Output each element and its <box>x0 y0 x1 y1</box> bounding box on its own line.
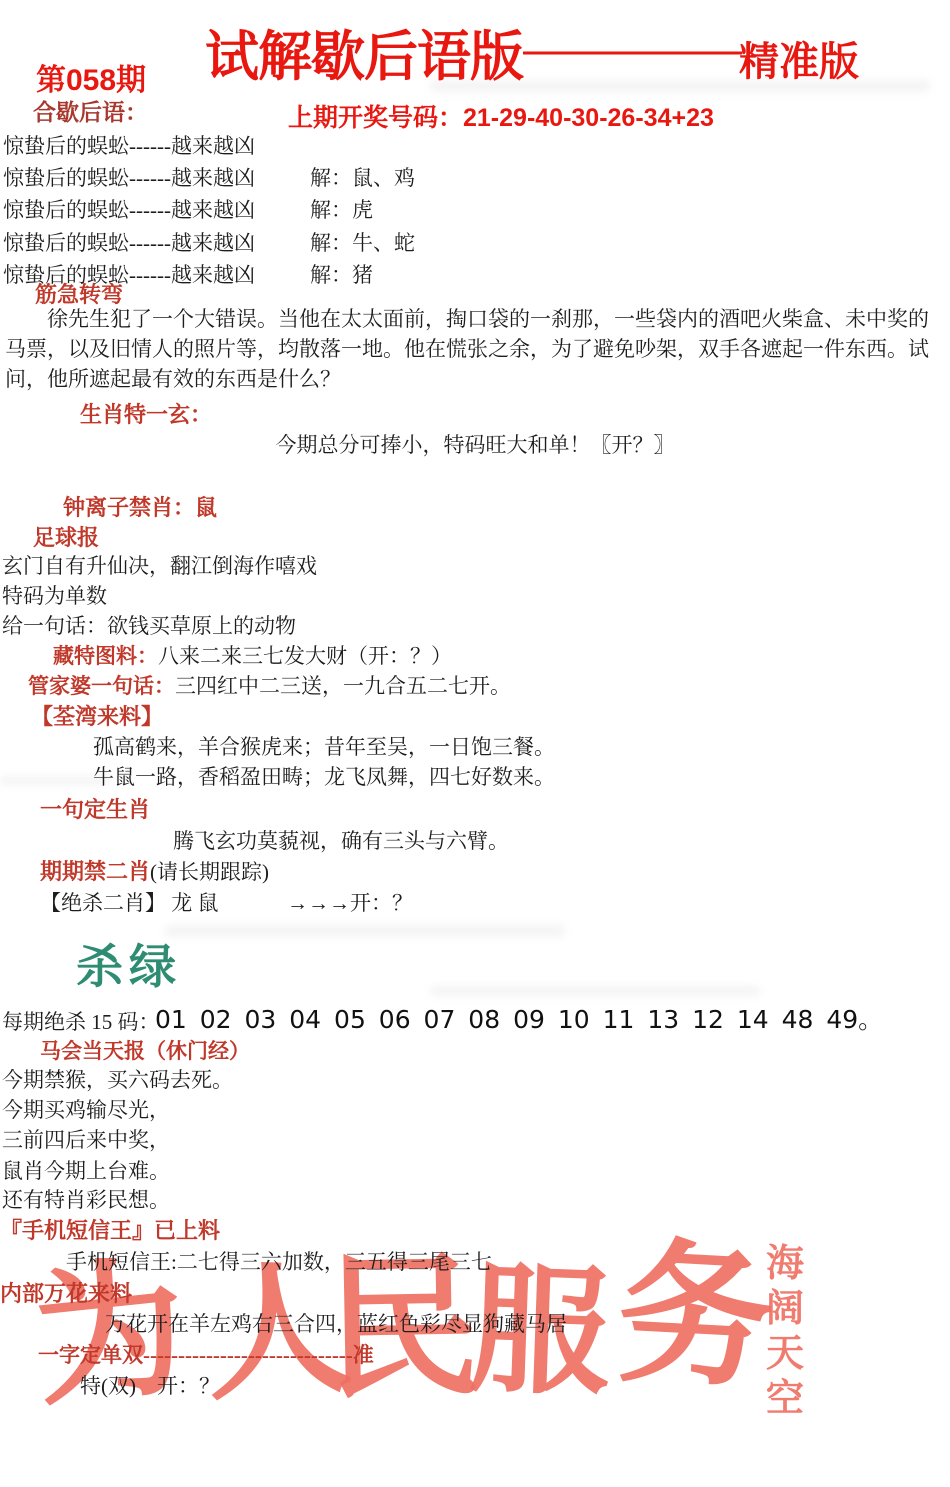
poem-line: 鼠肖今期上台难。 <box>2 1155 170 1185</box>
riddle-answer: 解：虎 <box>310 194 373 224</box>
last-draw-numbers: 上期开奖号码：21-29-40-30-26-34+23 <box>288 98 714 134</box>
scan-artifact <box>165 925 565 937</box>
shalu-title: 杀绿 <box>76 930 182 997</box>
qiqi-note: (请长期跟踪) <box>150 860 269 884</box>
cangte-text: 八来二来三七发大财（开：？） <box>158 644 452 668</box>
teaser-body: 徐先生犯了一个大错误。当他在太太面前，掏口袋的一刹那，一些袋内的酒吧火柴盒、未中… <box>5 304 947 394</box>
juesha-line: 【绝杀二肖】 龙 鼠 <box>40 887 219 917</box>
poem-line: 今期禁猴，买六码去死。 <box>2 1064 233 1094</box>
qiqi-label: 期期禁二肖 <box>40 859 150 884</box>
riddle-answer: 解：鼠、鸡 <box>310 162 415 192</box>
riddle-line: 惊蛰后的蜈蚣------越来越凶 <box>3 194 255 224</box>
guanjiapo-line: 管家婆一句话：三四红中二三送，一九合五二七开。 <box>28 670 511 700</box>
yiju-line: 腾飞玄功莫藐视，确有三头与六臂。 <box>173 825 509 855</box>
mahui-heading: 马会当天报（休门经） <box>40 1035 250 1065</box>
combo-label: 合歇后语： <box>33 94 148 127</box>
zodiac-heading: 生肖特一玄： <box>80 398 212 429</box>
zodiac-hint: 今期总分可捧小，特码旺大和单！〖开？〗 <box>0 429 950 459</box>
quanwan-heading: 【荃湾来料】 <box>31 700 163 731</box>
neibu-heading: 内部万花来料 <box>0 1277 132 1308</box>
kill-numbers: 01 02 03 04 05 06 07 08 09 10 11 13 12 1… <box>155 1000 883 1036</box>
poem-line: 还有特肖彩民想。 <box>2 1184 170 1214</box>
watermark-vertical-char: 天 <box>766 1334 804 1372</box>
page-title-subtitle: 精准版 <box>739 40 859 84</box>
yiju-heading: 一句定生肖 <box>40 793 150 824</box>
watermark-vertical-char: 空 <box>766 1379 804 1417</box>
quanwan-line: 孤高鹤来，羊合猴虎来；昔年至吴，一日饱三餐。 <box>93 731 555 761</box>
te-line: 特(双) 开：？ <box>80 1370 220 1400</box>
watermark-char: 务 <box>614 1234 777 1397</box>
watermark-vertical-text: 海 阔 天 空 <box>766 1244 804 1417</box>
tip-sheet-page: 为 人 民 服 务 海 阔 天 空 第058期 试解歇后语版————————精准… <box>0 0 950 1487</box>
zodiac-ban-line: 钟离子禁肖：鼠 <box>63 491 217 522</box>
watermark-vertical-char: 海 <box>766 1244 804 1282</box>
poem-line: 今期买鸡输尽光， <box>2 1094 170 1124</box>
juesha-result: →→→开：？ <box>287 887 413 917</box>
quanwan-line: 牛鼠一路，香稻盈田畴；龙飞凤舞，四七好数来。 <box>93 761 555 791</box>
sms-heading: 『手机短信王』已上料 <box>0 1214 220 1245</box>
title-dashes: ———————— <box>523 35 739 68</box>
riddle-line: 惊蛰后的蜈蚣------越来越凶 <box>3 227 255 257</box>
watermark-vertical-char: 阔 <box>766 1289 804 1327</box>
page-title-main: 试解歇后语版 <box>205 27 523 87</box>
scan-artifact <box>430 986 760 996</box>
sms-line: 手机短信王:二七得三六加数，三五得三尾三七 <box>66 1246 492 1276</box>
football-heading: 足球报 <box>33 521 99 552</box>
guanjiapo-text: 三四红中二三送，一九合五二七开。 <box>175 674 511 698</box>
kill-line: 每期绝杀 15 码： <box>2 1006 160 1036</box>
yizi-line: 一字定单双------------------------------准 <box>38 1339 374 1369</box>
wanhua-line: 万花开在羊左鸡右三合四，蓝红色彩尽显狗藏马居 <box>105 1308 567 1338</box>
page-title: 试解歇后语版————————精准版 <box>205 14 859 91</box>
football-line: 给一句话：欲钱买草原上的动物 <box>2 610 296 640</box>
football-line: 玄门自有升仙决，翻江倒海作嘻戏 <box>2 550 317 580</box>
poem-line: 三前四后来中奖， <box>2 1124 170 1154</box>
cangte-line: 藏特图料：八来二来三七发大财（开：？） <box>53 640 452 670</box>
qiqi-line: 期期禁二肖(请长期跟踪) <box>40 855 269 886</box>
riddle-line: 惊蛰后的蜈蚣------越来越凶 <box>3 162 255 192</box>
riddle-answer: 解：牛、蛇 <box>310 227 415 257</box>
football-line: 特码为单数 <box>2 580 107 610</box>
period-label: 第058期 <box>36 55 146 99</box>
guanjiapo-label: 管家婆一句话： <box>28 674 175 698</box>
riddle-answer: 解：猪 <box>310 259 373 289</box>
riddle-line: 惊蛰后的蜈蚣------越来越凶 <box>3 130 255 160</box>
cangte-label: 藏特图料： <box>53 644 158 668</box>
